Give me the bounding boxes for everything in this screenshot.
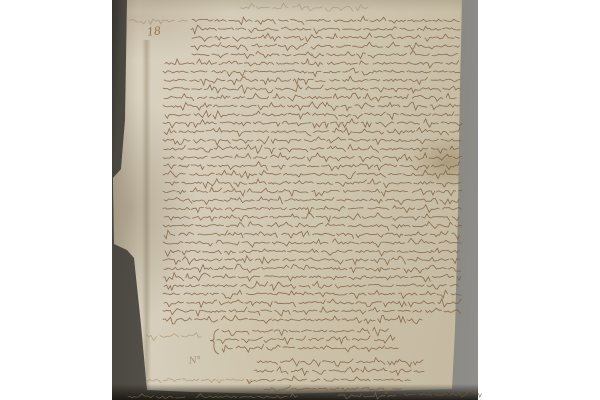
parchment-sheet <box>112 0 478 400</box>
margin-folio-number: 18 <box>146 25 161 38</box>
manuscript-photo-scene: 18 N° <box>0 0 600 400</box>
photo-background <box>112 0 478 400</box>
photo-bottom-shadow <box>112 384 478 400</box>
parchment-fold-crease <box>142 40 151 400</box>
numero-mark: N° <box>189 356 202 366</box>
